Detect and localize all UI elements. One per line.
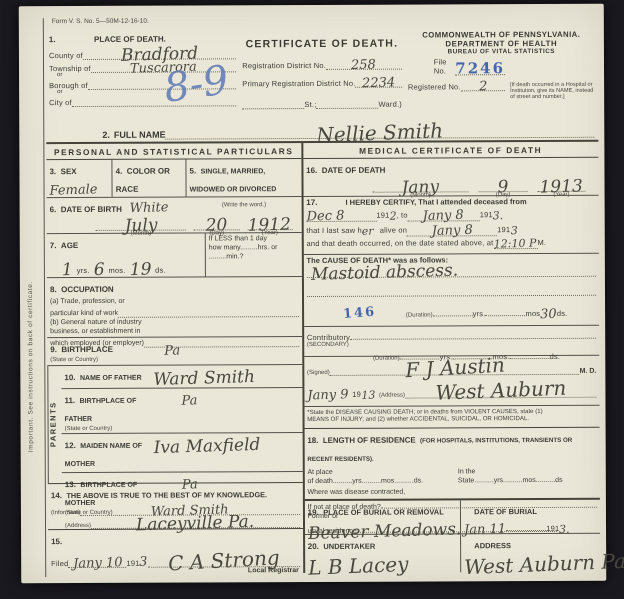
certify-line3: and that death occurred, on the date sta… [306, 238, 493, 248]
contributory-row: Contributory (SECONDARY) (Duration) yrs.… [304, 326, 599, 357]
occupation-line-a2: particular kind of work [50, 309, 118, 318]
registrar-signature-handwritten: C A Strong [168, 552, 280, 568]
certificate-paper: Important. See instructions on back of c… [19, 4, 607, 584]
contributory-line [350, 328, 596, 340]
father-name-label: NAME OF FATHER [80, 375, 142, 382]
section-4-number: 4. [116, 167, 123, 176]
occupation-label: OCCUPATION [61, 285, 114, 294]
occupation-a-line [118, 306, 299, 318]
of-death-line: of death..........yrs..........mos......… [307, 476, 457, 486]
sex-label: SEX [61, 167, 77, 176]
undertaker-address-handwritten: West Auburn Pa [464, 549, 624, 579]
signed-year-prefix: 19 [352, 390, 361, 399]
marital-cell: 5. SINGLE, MARRIED, WIDOWED OR DIVORCED … [186, 159, 301, 196]
filed-row: 15. Filed Jany 10 191 3 C A Strong Local… [48, 529, 303, 576]
sex-color-marital-row: 3. SEX Female 4. COLOR OR RACE White 5. … [46, 159, 301, 198]
file-no-stamp: 7246 [455, 63, 505, 73]
informant-address-label: (Address) [65, 523, 91, 529]
section-10-number: 10. [64, 373, 75, 382]
section-6-number: 6. [50, 205, 57, 214]
cause-duration-label: (Duration) [406, 312, 433, 318]
street-label: St.; [304, 100, 316, 109]
certify-to-handwritten: Jany 8 [423, 211, 464, 222]
blue-pen-mark: 8-9 [161, 57, 231, 112]
certify-row: 17. I HEREBY CERTIFY, That I attended de… [303, 196, 599, 255]
registration-district-label: Registration District No. [242, 61, 326, 70]
occupation-line-a1: (a) Trade, profession, or [50, 296, 299, 306]
bureau-line: BUREAU OF VITAL STATISTICS [408, 48, 595, 56]
hospital-note: [If death occurred in a Hospital or Inst… [510, 82, 596, 100]
local-registrar-label: Local Registrar [248, 567, 299, 574]
full-name-handwritten: Nellie Smith [316, 125, 443, 140]
burial-year-prefix: 191 [546, 524, 559, 533]
date-of-death-label: DATE OF DEATH [322, 166, 386, 175]
dod-year-handwritten: 1913 [540, 181, 584, 192]
registration-district-line: 258 [326, 58, 402, 70]
cause-line-1: Mastoid abscess. [307, 265, 596, 278]
personal-column: PERSONAL AND STATISTICAL PARTICULARS 3. … [46, 143, 305, 574]
footnote-line2: MEANS OF INJURY; and (2) whether ACCIDEN… [307, 415, 596, 423]
cause-yrs-word: yrs. [473, 309, 486, 318]
cause-of-death-row: The CAUSE OF DEATH* was as follows: Mast… [304, 254, 600, 327]
file-no-label: File No. [434, 57, 456, 75]
cause-ds-word: ds. [557, 309, 568, 318]
mother-maiden-row: 12. MAIDEN NAME OF MOTHER Iva Maxfield [62, 433, 303, 473]
marital-label: SINGLE, MARRIED, WIDOWED OR DIVORCED [190, 168, 277, 193]
full-name-line: Nellie Smith [166, 124, 595, 140]
dod-month-handwritten: Jany [402, 182, 440, 193]
informant-address-line: Laceyville Pa. [91, 516, 300, 529]
county-label: County of [49, 51, 83, 60]
certify-her-handwritten: er [362, 225, 374, 238]
physician-signature-handwritten: F J Austin [405, 360, 505, 376]
burial-place-label: PLACE OF BURIAL OR REMOVAL [323, 507, 444, 517]
signed-address-label: (Address) [379, 393, 405, 399]
birthplace-row: 9. BIRTHPLACE Pa (State or Country) [47, 337, 302, 366]
date-of-birth-row: 6. DATE OF BIRTH July (Month) 20 (Day) [47, 197, 302, 234]
registered-no-line: 2 [461, 79, 505, 91]
contributory-label: Contributory [307, 333, 350, 342]
age-cell: 7. AGE 1 yrs. 6 mos. 19 ds. [47, 233, 205, 277]
age-label: AGE [61, 241, 78, 250]
certify-to-line: Jany 8 [408, 209, 480, 221]
personal-title: PERSONAL AND STATISTICAL PARTICULARS [46, 143, 301, 160]
section-19-number: 19. [308, 508, 319, 517]
signed-year-handwritten: 13 [361, 389, 375, 402]
dod-day-line: 9 [479, 180, 527, 192]
certificate-of-death-title: CERTIFICATE OF DEATH. [242, 38, 402, 51]
filed-label: Filed [51, 559, 68, 568]
occupation-row: 8. OCCUPATION (a) Trade, profession, or … [47, 277, 302, 338]
cause-line-2 [307, 285, 596, 297]
city-label: City of [49, 98, 72, 107]
commonwealth-block: COMMONWEALTH OF PENNSYLVANIA. DEPARTMENT… [405, 26, 599, 113]
section-18-number: 18. [307, 436, 318, 445]
header: 8-9 1. PLACE OF DEATH. County of Bradfor… [46, 26, 598, 114]
certify-saw-year-handwritten: 3 [510, 224, 517, 237]
street-line [242, 98, 304, 109]
section-1-number: 1. [49, 35, 56, 44]
burial-date-cell: DATE OF BURIAL Jan 11 191 3. [461, 500, 600, 534]
signed-address-line: West Auburn [405, 384, 597, 399]
age-months-word: mos. [108, 266, 125, 275]
burial-date-label: DATE OF BURIAL [474, 507, 537, 516]
borough-label: Borough of [49, 81, 88, 90]
certificate-title-block: CERTIFICATE OF DEATH. Registration Distr… [239, 27, 405, 114]
undertaker-handwritten: L B Lacey [307, 552, 408, 580]
commonwealth-line: COMMONWEALTH OF PENNSYLVANIA. [408, 30, 595, 40]
dob-month-line: July [96, 219, 186, 231]
undertaker-row: 20. UNDERTAKER L B Lacey ADDRESS West Au… [305, 534, 600, 573]
father-birthplace-row: 11. BIRTHPLACE OF FATHER (State or Count… [61, 388, 302, 434]
residence-in-state: In the State..........yrs..........mos..… [458, 467, 597, 486]
certify-from-year-handwritten: 2 [389, 210, 396, 223]
certify-line1: I HEREBY CERTIFY, That I attended deceas… [345, 197, 526, 207]
photo-background: Important. See instructions on back of c… [0, 0, 624, 599]
sex-handwritten: Female [49, 182, 97, 198]
certify-from-handwritten: Dec 8 [306, 211, 344, 222]
certify-from-line: Dec 8 [306, 210, 376, 222]
signed-address-handwritten: West Auburn [435, 383, 566, 398]
where-contracted-line: Where was disease contracted, [308, 487, 597, 497]
certify-from-year-prefix: 191 [376, 211, 389, 220]
informant-label: (Informant) [51, 510, 80, 516]
father-birthplace-hint: (State or Country) [65, 426, 154, 432]
burial-place-cell: 19. PLACE OF BURIAL OR REMOVAL Beaver Me… [305, 500, 462, 534]
township-label: Township of [49, 64, 91, 73]
main-columns: PERSONAL AND STATISTICAL PARTICULARS 3. … [46, 140, 600, 574]
undertaker-cell: 20. UNDERTAKER L B Lacey [305, 534, 462, 573]
filed-date-line: Jany 10 [68, 556, 126, 568]
certify-line2-pre: that I last saw h [306, 226, 362, 235]
section-11-number: 11. [64, 396, 75, 405]
dob-year-line: 1912 [247, 218, 292, 230]
section-20-number: 20. [308, 542, 319, 551]
blue-stamp-146: 146 [342, 305, 376, 322]
ward-line [316, 98, 378, 109]
section-12-number: 12. [65, 441, 76, 450]
burial-date-dots [506, 520, 546, 531]
registered-no-handwritten: 2 [479, 82, 488, 92]
informant-address-handwritten: Laceyville Pa. [136, 517, 254, 531]
medical-column: MEDICAL CERTIFICATE OF DEATH 16. DATE OF… [303, 142, 600, 573]
undertaker-address-label: ADDRESS [474, 541, 511, 550]
residence-row: 18. LENGTH OF RESIDENCE (FOR HOSPITALS, … [304, 428, 600, 501]
mother-maiden-handwritten: Iva Maxfield [154, 435, 261, 458]
signed-line: F J Austin [330, 361, 580, 376]
less-than-day-line3: .........min.? [209, 252, 299, 261]
filed-date-handwritten: Jany 10 [73, 558, 123, 570]
section-14-number: 14. [51, 491, 62, 500]
birthplace-handwritten: Pa [164, 343, 180, 358]
certificate-form: Form V. S. No. 5—50M-12-16-10. 8-9 1. PL… [43, 16, 600, 577]
section-9-number: 9. [50, 345, 57, 354]
contributory-hint: (SECONDARY) [307, 341, 596, 348]
residence-at-place: At place of death..........yrs..........… [307, 467, 458, 486]
undertaker-address-cell: ADDRESS West Auburn Pa [461, 534, 600, 573]
residence-label: LENGTH OF RESIDENCE [323, 436, 416, 445]
section-5-number: 5. [189, 167, 196, 176]
md-label: M. D. [580, 368, 597, 375]
father-birthplace-label: BIRTHPLACE OF FATHER [65, 398, 137, 423]
attestation-label: THE ABOVE IS TRUE TO THE BEST OF MY KNOW… [66, 490, 267, 500]
less-than-day-line2: how many.........hrs. or [209, 243, 299, 252]
certify-saw-handwritten: Jany 8 [431, 226, 472, 237]
cause-duration-yrs-line [433, 305, 473, 316]
dod-month-line: Jany [372, 180, 469, 192]
parents-block: PARENTS 10. NAME OF FATHER Ward Smith [47, 365, 302, 484]
certify-m-word: M. [537, 238, 546, 247]
burial-row: 19. PLACE OF BURIAL OR REMOVAL Beaver Me… [305, 500, 600, 535]
registered-no-label: Registered No. [408, 82, 461, 91]
file-no-line: 7246 [455, 63, 505, 75]
section-15-number: 15. [51, 537, 62, 546]
signed-date-row: Jany 9 19 13 (Address) West Auburn [304, 382, 599, 407]
dob-month-handwritten: July [124, 220, 157, 231]
sex-cell: 3. SEX Female [46, 160, 112, 197]
dod-year-line: 1913 [537, 180, 585, 192]
undertaker-label: UNDERTAKER [323, 542, 375, 551]
cause-mos-word: mos [525, 309, 540, 318]
section-2-number: 2. [102, 130, 110, 140]
certify-time-line: 12:10 P [493, 237, 537, 249]
color-race-cell: 4. COLOR OR RACE White [113, 160, 187, 197]
dob-year-handwritten: 1912 [248, 220, 292, 231]
certify-line2-mid: alive on [380, 226, 407, 235]
dod-day-handwritten: 9 [497, 182, 508, 192]
dob-day-handwritten: 20 [206, 220, 228, 231]
age-days-word: ds. [155, 266, 166, 275]
primary-registration-line: 2234 [356, 76, 402, 88]
primary-registration-label: Primary Registration District No. [242, 79, 355, 88]
attestation-row: 14. THE ABOVE IS TRUE TO THE BEST OF MY … [48, 483, 303, 530]
registrar-signature-line: C A Strong [148, 553, 300, 568]
footnote-row: *State the DISEASE CAUSING DEATH; or in … [304, 406, 599, 429]
place-of-death-title: PLACE OF DEATH. [94, 35, 166, 44]
father-name-handwritten: Ward Smith [153, 367, 255, 390]
section-3-number: 3. [49, 167, 56, 176]
less-than-day-cell: If LESS than 1 day how many.........hrs.… [205, 233, 302, 276]
section-16-number: 16. [306, 166, 317, 175]
mother-maiden-label: MAIDEN NAME OF MOTHER [65, 443, 142, 468]
filed-year-prefix: 191 [126, 559, 139, 568]
certify-saw-line: Jany 8 [407, 224, 497, 236]
section-7-number: 7. [50, 241, 57, 250]
age-row: 7. AGE 1 yrs. 6 mos. 19 ds. [47, 233, 302, 278]
signed-date-handwritten: Jany 9 [307, 387, 349, 403]
registration-district-handwritten: 258 [351, 60, 376, 71]
age-years-word: yrs. [77, 266, 90, 275]
date-of-birth-label: DATE OF BIRTH [61, 205, 122, 214]
certify-to-word: , to [396, 211, 407, 220]
date-of-death-row: 16. DATE OF DEATH Jany (Month) 9 (Day) [303, 158, 598, 197]
primary-registration-handwritten: 2234 [362, 78, 395, 89]
father-birthplace-handwritten: Pa [181, 393, 197, 408]
ward-label: Ward.) [379, 100, 402, 109]
father-name-row: 10. NAME OF FATHER Ward Smith [61, 365, 302, 389]
full-name-row: 2. FULL NAME Nellie Smith [46, 112, 598, 142]
filed-year-handwritten: 3 [139, 555, 148, 570]
birthplace-label: BIRTHPLACE [61, 345, 113, 354]
parents-vertical-label: PARENTS [47, 366, 62, 483]
certify-time-handwritten: 12:10 P [494, 238, 537, 249]
cause-handwritten: Mastoid abscess. [310, 265, 457, 279]
less-than-day-line1: If LESS than 1 day [209, 234, 299, 243]
dob-day-line: 20 [194, 218, 239, 230]
state-line: State..........yrs..........mos.........… [458, 476, 597, 486]
cause-duration-days-handwritten: 30 [540, 307, 557, 322]
color-race-label: COLOR OR RACE [116, 167, 170, 194]
parents-rows: 10. NAME OF FATHER Ward Smith 11. BIRTHP… [61, 365, 302, 483]
section-17-number: 17. [306, 198, 317, 207]
occupation-line-b2: business, or establishment in [50, 326, 299, 336]
margin-instructions-note: Important. See instructions on back of c… [26, 156, 35, 576]
section-8-number: 8. [50, 285, 57, 294]
cause-duration-mos-line [485, 305, 525, 316]
certify-to-year-handwritten: 3. [493, 209, 504, 222]
certify-saw-year-prefix: 191 [497, 225, 510, 234]
full-name-label: FULL NAME [114, 130, 166, 140]
certify-to-year-prefix: 191 [480, 210, 493, 219]
signed-label: (Signed) [307, 370, 330, 376]
